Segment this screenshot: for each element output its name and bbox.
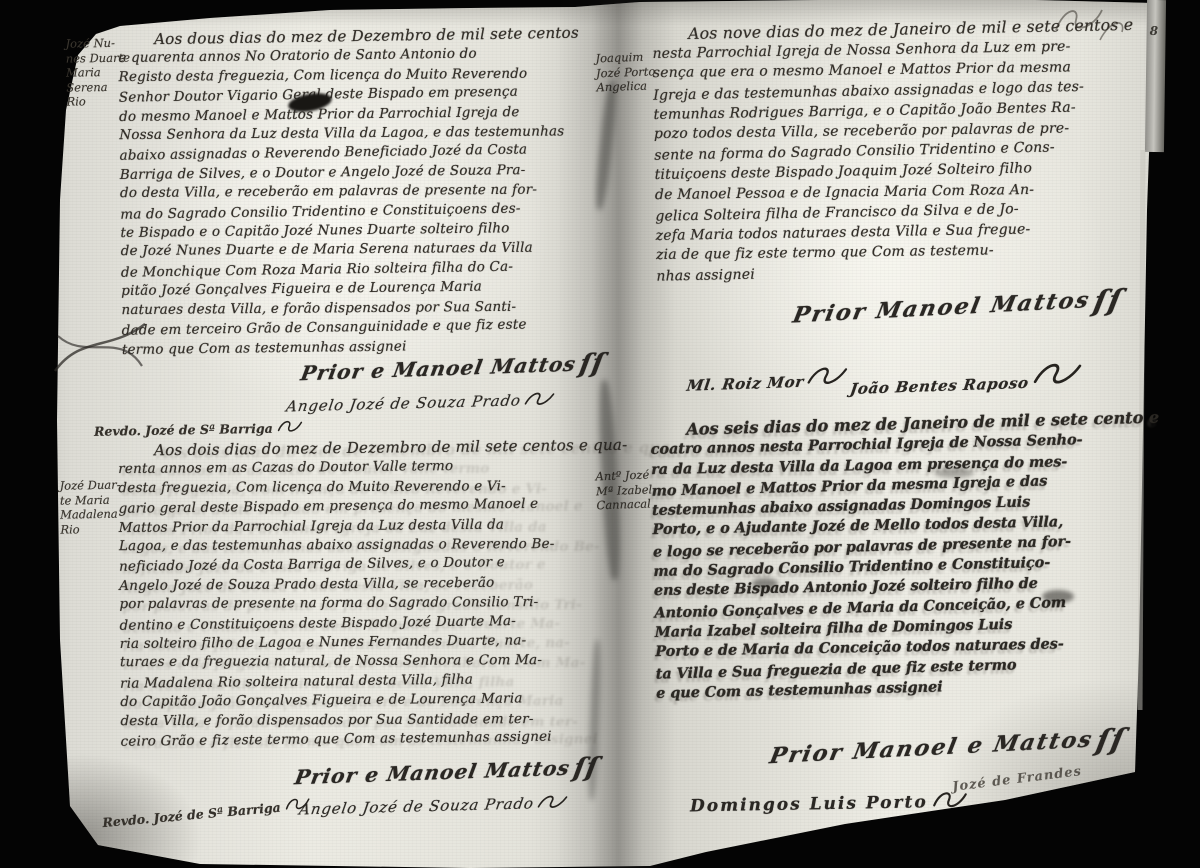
signature-flourish: ſſ	[1095, 728, 1128, 752]
signature-domingos-luis-porto: Domingos Luis Porto	[690, 788, 968, 817]
record-entry-1: Aos dous dias do mez de Dezembro de mil …	[118, 24, 582, 360]
record-entry-2: Aos dois dias do mez de Dezembro de mil …	[118, 437, 581, 752]
rubric-flourish-icon	[523, 389, 556, 410]
ink-blot	[752, 578, 778, 589]
crossout-scribble	[50, 316, 150, 386]
rubric-flourish-icon	[806, 361, 850, 390]
witness-signature-roiz-mor: Ml. Roiz Mor	[686, 361, 850, 395]
signature-name: Domingos Luis Porto	[690, 792, 928, 816]
record-entry-3: Aos nove dias do mez de Janeiro de mil e…	[652, 16, 1112, 287]
page-edge-strip: 8	[1145, 0, 1166, 152]
photograph-backdrop: 8 Jozé Nu-nes DuarteMaria SerenaRio Aos …	[0, 0, 1200, 868]
heading-note-text: Revdo. Jozé de Sª Barriga	[94, 421, 273, 439]
ink-blot	[1042, 590, 1074, 603]
signature-flourish: ſſ	[1092, 289, 1125, 313]
rubric-flourish-icon	[1031, 356, 1084, 392]
edge-page-number: 8	[1150, 24, 1159, 38]
marginalia-flourish	[1050, 0, 1140, 55]
entry-heading-note: Revdo. Jozé de Sª Barriga	[94, 417, 303, 439]
rubric-flourish-icon	[536, 792, 569, 813]
ink-blot	[934, 468, 974, 478]
rubric-flourish-icon	[284, 794, 311, 814]
signature-flourish: ſſ	[578, 354, 606, 376]
record-entry-4: Aos seis dias do mez de Janeiro de mil e…	[650, 410, 1111, 704]
rubric-flourish-icon	[277, 417, 303, 435]
